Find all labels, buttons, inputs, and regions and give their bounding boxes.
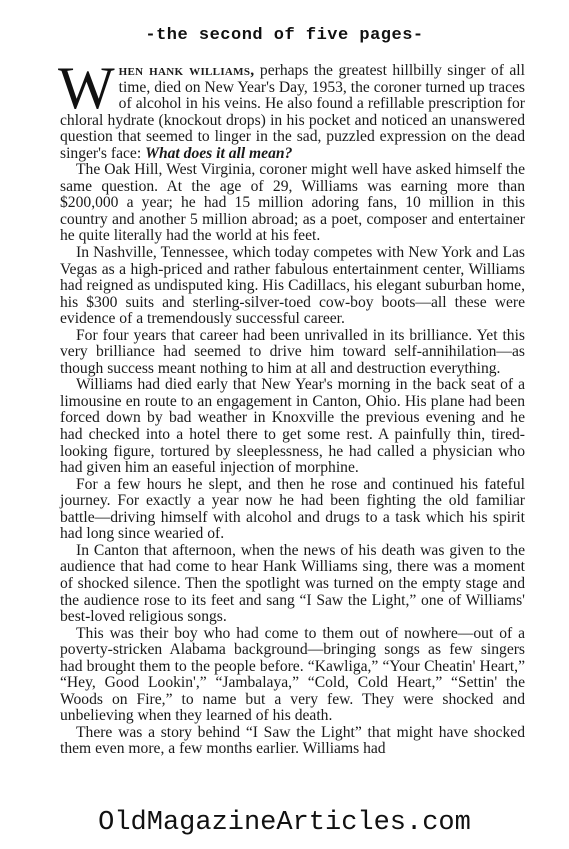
article-paragraph-4: For four years that career had been unri… — [60, 328, 525, 378]
article-paragraph-1: When hank williams, perhaps the greatest… — [60, 63, 525, 162]
site-watermark: OldMagazineArticles.com — [0, 808, 569, 838]
article-paragraph-3: In Nashville, Tennessee, which today com… — [60, 245, 525, 328]
article-body: When hank williams, perhaps the greatest… — [60, 63, 525, 758]
drop-cap: W — [58, 65, 115, 111]
article-paragraph-7: In Canton that afternoon, when the news … — [60, 543, 525, 626]
article-paragraph-6: For a few hours he slept, and then he ro… — [60, 477, 525, 543]
article-paragraph-9: There was a story behind “I Saw the Ligh… — [60, 725, 525, 758]
lead-in-smallcaps: hen hank williams, — [119, 62, 255, 79]
italic-question: What does it all mean? — [145, 145, 292, 162]
article-paragraph-8: This was their boy who had come to them … — [60, 626, 525, 725]
article-paragraph-5: Williams had died early that New Year's … — [60, 377, 525, 476]
page-header-label: -the second of five pages- — [0, 26, 569, 45]
article-paragraph-2: The Oak Hill, West Virginia, coroner mig… — [60, 162, 525, 245]
